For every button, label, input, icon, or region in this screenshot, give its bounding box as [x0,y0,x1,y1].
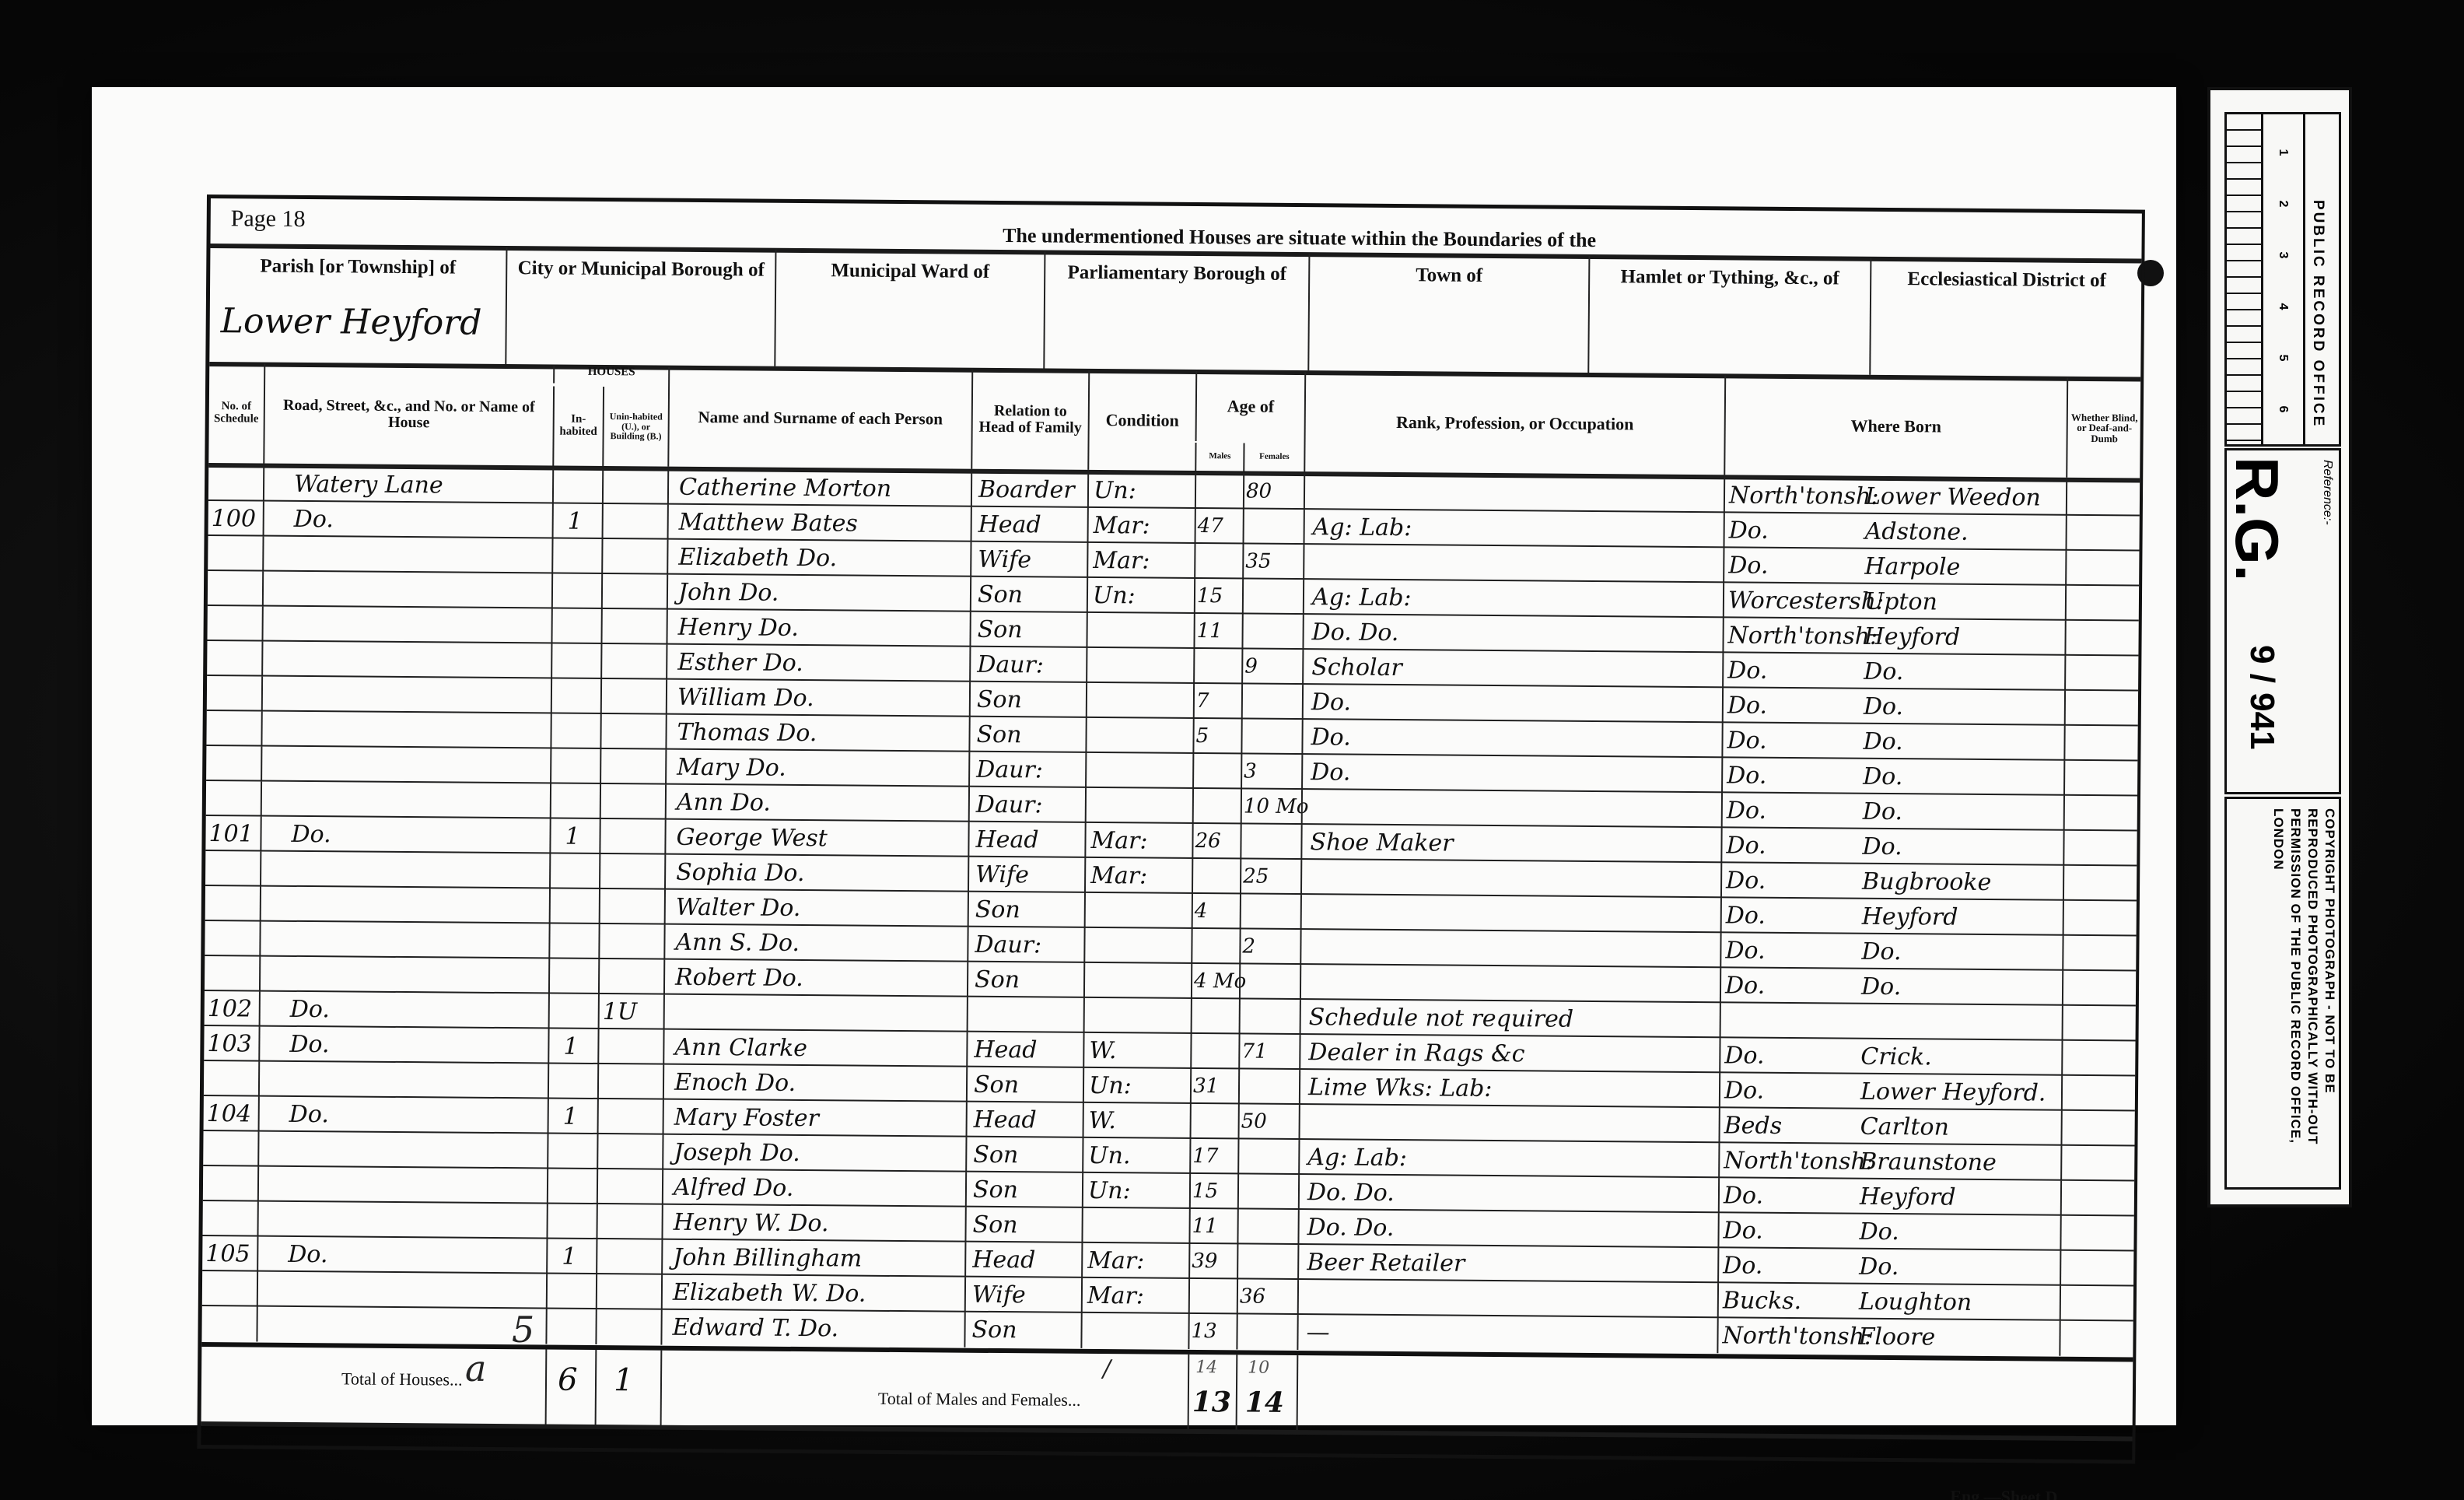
cell-relation: Head [975,822,1080,858]
cell-male-age [1196,649,1241,684]
cell-born-county: Do. [1723,1248,1855,1284]
cell-schedule: 104 [207,1096,254,1131]
cell-name: Edward T. Do. [672,1310,960,1348]
cell-born-place: Lower Heyford. [1860,1074,2059,1111]
cell-occupation: Do. Do. [1311,615,1716,653]
cell-name: Elizabeth Do. [678,540,966,577]
cell-male-age [1192,1279,1237,1314]
cell-born-county: Do. [1726,828,1858,864]
total-houses-label: Total of Houses... [341,1369,463,1388]
reference-code: R.G. [2221,457,2292,581]
cell-occupation: Ag: Lab: [1312,580,1717,618]
cell-road [291,852,540,889]
cell-born-place: Adstone. [1864,514,2063,551]
cell-born-place: Do. [1859,1249,2057,1286]
cell-female-age: 36 [1240,1279,1296,1315]
cell-uninhabited: 1U [603,994,657,1030]
cell-female-age [1243,894,1299,930]
cell-inhabited [566,679,597,714]
cell-male-age: 5 [1195,719,1241,754]
cell-occupation: Do. [1311,720,1715,758]
total-females: 14 [1245,1386,1284,1419]
cell-female-age [1241,1069,1297,1105]
cell-schedule [206,1131,253,1166]
cell-road [289,1167,537,1204]
cell-relation: Head [974,1032,1079,1068]
cell-condition: W. [1089,1033,1186,1069]
cell-condition [1087,1208,1185,1244]
total-uninhabited: 1 [614,1362,634,1398]
cell-male-age: 17 [1192,1139,1237,1174]
cell-condition: Mar: [1094,508,1191,544]
cell-uninhabited [602,1064,656,1100]
record-office-ruler: 123456 PUBLIC RECORD OFFICE Reference:- … [2207,87,2352,1207]
admin-boundaries-row: Parish [or Township] of Lower Heyford Ci… [209,245,2141,377]
cell-condition [1092,683,1189,719]
reference-box: Reference:- R.G. 9 / 941 [2224,448,2341,794]
cell-male-age: 15 [1192,1174,1237,1209]
cell-occupation: Do. Do. [1307,1210,1711,1248]
cell-female-age: 80 [1246,475,1302,510]
cell-male-age: 15 [1197,579,1242,614]
cell-occupation [1308,1105,1713,1143]
cell-inhabited [563,1064,594,1099]
cell-relation: Head [974,1102,1079,1138]
cell-uninhabited [606,539,660,575]
cell-occupation: — [1306,1315,1710,1353]
cell-road [290,957,539,994]
cell-condition: Mar: [1093,543,1190,579]
cell-female-age: 25 [1243,859,1299,895]
cell-name [675,995,963,1032]
cell-relation: Daur: [976,752,1081,788]
cell-schedule: 101 [208,816,255,851]
cell-female-age [1239,1314,1295,1350]
cell-male-age [1193,1104,1238,1139]
cell-female-age [1240,1209,1296,1245]
cell-male-age [1194,929,1239,964]
cell-born-place: Do. [1861,934,2060,971]
cell-male-age [1195,789,1241,824]
cell-road [292,642,541,679]
cell-relation: Son [977,612,1082,648]
cell-road [293,572,542,609]
cell-male-age: 4 [1195,894,1240,929]
cell-female-age [1246,510,1302,545]
col-males: Males [1195,443,1243,471]
cell-inhabited [564,924,595,959]
cell-male-age: 11 [1192,1209,1237,1244]
col-occupation: Rank, Profession, or Occupation [1304,372,1724,475]
cell-relation: Son [975,892,1080,928]
cell-occupation: Schedule not required [1309,1000,1713,1038]
cell-born-place [1861,1004,2060,1041]
cell-condition: Un. [1088,1138,1185,1174]
col-females: Females [1243,443,1304,471]
cell-schedule: 100 [212,501,258,536]
cell-condition [1091,788,1188,824]
cell-occupation [1310,895,1714,933]
cell-occupation [1310,860,1714,898]
cell-condition: Mar: [1090,858,1188,894]
cell-female-age: 2 [1242,929,1298,965]
cell-occupation: Ag: Lab: [1307,1140,1712,1178]
cell-condition: Mar: [1087,1278,1185,1314]
cell-road [289,1132,537,1169]
cell-condition: Un: [1094,473,1191,509]
cell-condition: W. [1089,1103,1186,1139]
cell-female-age: 9 [1244,649,1300,685]
cell-uninhabited [607,504,661,540]
cell-road: Do. [290,992,539,1029]
cell-condition [1090,963,1187,999]
cell-born-county: North'tonsh: [1727,618,1860,654]
cell-uninhabited [602,1029,656,1065]
cell-condition: Mar: [1087,1243,1185,1279]
cell-relation: Son [973,1137,1078,1173]
cell-female-age [1243,824,1299,860]
cell-occupation: Do. [1311,685,1716,723]
col-schedule: No. of Schedule [208,363,264,464]
cell-female-age [1245,580,1301,615]
cell-occupation [1309,930,1713,968]
cell-uninhabited [604,819,658,855]
total-inhabited: 6 [558,1362,578,1398]
cell-occupation: Dealer in Rags &c [1308,1035,1713,1073]
cell-inhabited [565,854,596,889]
copyright-notice: COPYRIGHT PHOTOGRAPH - NOT TO BE REPRODU… [2270,808,2338,1174]
cell-born-county: Do. [1727,723,1859,759]
cell-born-county: Do. [1727,688,1860,724]
cell-relation: Son [972,1207,1077,1243]
ecclesiastical-field: Ecclesiastical District of [1869,258,2142,377]
cell-female-age [1244,684,1300,720]
cell-inhabited [564,994,595,1029]
cell-name: Alfred Do. [674,1170,961,1207]
cell-inhabited: 1 [563,1029,594,1064]
cell-born-county: Do. [1728,513,1860,548]
cell-born-county: Do. [1727,793,1859,829]
cell-name: Walter Do. [676,890,964,927]
cell-inhabited [565,749,597,784]
cell-born-place: Floore [1858,1320,2056,1356]
cell-schedule: 102 [208,991,254,1026]
cell-road: Do. [294,502,543,539]
cell-occupation: Beer Retailer [1307,1245,1711,1283]
cell-condition [1087,1313,1184,1349]
cell-inhabited [564,959,595,994]
ruler-number: 1 [2276,135,2290,170]
cell-name: Matthew Bates [679,505,967,542]
cell-born-county: Do. [1724,1073,1857,1109]
cell-uninhabited [604,889,658,925]
cell-uninhabited [600,1239,655,1275]
cell-female-age [1242,964,1298,1000]
cell-name: John Do. [678,575,966,612]
cell-male-age: 26 [1195,824,1240,859]
cell-schedule [206,1166,253,1201]
cell-born-place: Do. [1863,759,2061,796]
cell-female-age [1244,719,1300,755]
col-road: Road, Street, &c., and No. or Name of Ho… [263,364,553,466]
cell-road: Watery Lane [294,467,543,504]
cell-schedule [211,536,257,571]
cell-uninhabited [601,1134,656,1170]
cell-born-county: North'tonsh: [1729,478,1861,513]
cell-schedule [210,641,257,676]
cell-occupation: Do. Do. [1307,1175,1712,1213]
census-page: Page 18 The undermentioned Houses are si… [92,87,2176,1425]
cell-uninhabited [600,1274,655,1310]
cell-condition [1092,648,1189,684]
cell-born-county: Do. [1724,1178,1856,1214]
cell-born-county: Do. [1725,968,1857,1004]
boundaries-title: The undermentioned Houses are situate wi… [911,224,1689,251]
cell-condition [1091,753,1188,789]
cell-inhabited [562,1169,593,1204]
cell-uninhabited [605,609,660,645]
cell-born-county: Do. [1726,863,1858,899]
cell-inhabited [561,1309,592,1344]
cell-born-county: North'tonsh: [1722,1318,1854,1354]
cell-condition: Mar: [1090,823,1188,859]
cell-relation: Son [974,1067,1079,1103]
cell-inhabited [565,889,596,924]
cell-born-place: Bugbrooke [1862,864,2060,901]
cell-occupation: Scholar [1311,650,1716,688]
cell-uninhabited [605,679,660,715]
cell-relation: Son [975,962,1080,998]
cell-female-age [1242,999,1298,1035]
cell-road [288,1272,537,1309]
cell-road [293,537,542,574]
cell-born-place: Do. [1862,829,2060,866]
cell-inhabited [568,469,599,504]
cell-road [292,677,541,714]
ruler-number: 2 [2276,187,2290,221]
cell-relation: Wife [978,542,1083,578]
cell-relation: Boarder [978,472,1083,508]
col-uninhabited: Unin-habited (U.), or Building (B.) [602,387,668,467]
cell-born-county: Beds [1724,1108,1856,1144]
cell-born-county: Do. [1724,1038,1857,1074]
cell-condition [1090,893,1188,929]
cell-schedule [210,676,257,711]
cell-schedule [209,746,256,781]
cell-name: Ann Do. [677,785,964,822]
cell-road: Do. [289,1097,538,1134]
ward-field: Municipal Ward of [774,250,1044,369]
cell-born-place: Braunstone [1860,1144,2058,1181]
cell-male-age: 13 [1191,1314,1236,1349]
cell-schedule [211,571,257,606]
cell-born-place: Heyford [1862,899,2060,936]
cell-born-place: Heyford [1860,1179,2058,1216]
cell-road [292,747,541,784]
cell-road: Do. [288,1237,537,1274]
cell-born-county: Do. [1726,898,1858,934]
cell-relation: Daur: [977,647,1082,683]
cell-inhabited [565,714,597,749]
cell-inhabited: 1 [565,819,596,854]
cell-occupation [1307,1280,1711,1318]
cell-name: Elizabeth W. Do. [673,1275,961,1312]
cell-born-place: Do. [1861,969,2060,1006]
cell-schedule [208,851,255,886]
ruler-scale: 123456 PUBLIC RECORD OFFICE [2224,112,2341,447]
col-condition: Condition [1087,370,1195,471]
cell-male-age: 11 [1196,614,1241,649]
cell-condition: Un: [1093,578,1190,614]
cell-relation: Wife [972,1277,1077,1313]
cell-born-county: Worcestersh: [1728,583,1860,619]
cell-name: Mary Foster [674,1100,962,1137]
cell-inhabited [562,1274,593,1309]
ruler-number: 3 [2276,238,2290,272]
cell-schedule [205,1271,252,1306]
cell-born-place: Upton [1864,584,2063,621]
cell-female-age [1244,615,1300,650]
cell-name: Mary Do. [677,750,964,787]
cell-condition: Un: [1088,1173,1185,1209]
cell-name: Thomas Do. [677,715,964,752]
cell-inhabited: 1 [563,1099,594,1134]
copyright-box: COPYRIGHT PHOTOGRAPH - NOT TO BE REPRODU… [2224,797,2341,1190]
ruler-ticks [2227,114,2263,444]
ruler-number: 5 [2276,341,2290,375]
cell-name: Henry W. Do. [673,1205,961,1242]
col-inhabited: In-habited [552,387,603,466]
cell-born-place: Do. [1863,724,2061,761]
cell-born-place: Loughton [1859,1284,2057,1321]
cell-born-place: Crick. [1860,1039,2059,1076]
cell-name: Sophia Do. [676,855,964,892]
cell-name: Ann Clarke [674,1030,962,1067]
cell-female-age [1240,1244,1296,1280]
cell-relation: Son [976,717,1081,753]
reference-piece: 9 / 941 [2242,645,2281,750]
cell-name: Robert Do. [675,960,963,997]
cell-female-age: 3 [1244,754,1300,790]
cell-schedule [209,781,256,816]
cell-road [292,782,541,819]
cell-schedule: 103 [207,1026,254,1061]
cell-male-age [1193,1034,1238,1069]
parish-value: Lower Heyford [221,301,482,343]
cell-born-county: Bucks. [1723,1283,1855,1319]
cell-male-age: 4 Mo [1194,964,1239,999]
cell-road [289,1062,538,1099]
table-header: No. of Schedule Road, Street, &c., and N… [208,363,2140,478]
cell-relation: Son [971,1312,1076,1348]
cell-male-age: 7 [1196,684,1241,719]
cell-name: Henry Do. [677,610,965,647]
col-blind: Whether Blind, or Deaf-and-Dumb [2066,378,2141,478]
cell-occupation: Ag: Lab: [1313,510,1717,548]
page-number: Page 18 [231,206,306,231]
cell-road [287,1307,536,1344]
cell-inhabited [567,539,598,574]
cell-female-age: 50 [1241,1104,1297,1140]
cell-road: Do. [289,1027,538,1064]
stray-mark-a: a [465,1348,486,1390]
cell-uninhabited [604,784,659,820]
cell-name: Joseph Do. [674,1135,961,1172]
parliamentary-field: Parliamentary Borough of [1043,251,1308,370]
cell-relation: Son [977,682,1082,718]
cell-male-age [1198,474,1243,509]
cell-inhabited [562,1204,593,1239]
total-males: 13 [1192,1386,1231,1418]
cell-schedule [208,921,254,956]
cell-name: Enoch Do. [674,1065,962,1102]
cell-occupation: Lime Wks: Lab: [1308,1070,1713,1108]
cell-male-age [1195,754,1241,789]
cell-born-county [1725,1003,1857,1039]
cell-born-place: Do. [1859,1214,2057,1251]
cell-occupation: Shoe Maker [1310,825,1714,863]
cell-male-age: 31 [1193,1069,1238,1104]
cell-inhabited [566,644,597,679]
hamlet-field: Hamlet or Tything, &c., of [1587,256,1870,375]
cell-road [292,712,541,749]
cell-condition [1092,613,1189,649]
cell-uninhabited [602,1099,656,1135]
cell-occupation [1309,965,1713,1003]
census-sheet: Page 18 The undermentioned Houses are si… [197,195,2145,1464]
ruler-number: 4 [2276,289,2290,324]
cell-born-county: North'tonsh: [1724,1143,1856,1179]
cell-name: Catherine Morton [679,470,967,507]
cell-inhabited [566,609,597,644]
cell-uninhabited [600,1309,654,1345]
cell-born-county: Do. [1728,548,1860,584]
cell-schedule: 105 [205,1236,252,1271]
cell-male-age: 47 [1198,509,1243,544]
cell-uninhabited [601,1169,656,1205]
col-houses: HOUSES [553,366,668,384]
cell-born-place: Do. [1864,689,2062,726]
cell-male-age [1195,859,1240,894]
cell-relation: Wife [975,857,1080,893]
cell-uninhabited [604,749,659,785]
borough-field: City or Municipal Borough of [505,247,775,366]
cell-male-age: 39 [1192,1244,1237,1279]
cell-inhabited: 1 [562,1239,593,1274]
cell-road: Do. [291,817,540,854]
cell-born-place: Do. [1863,794,2061,831]
cell-inhabited [565,784,597,819]
parish-field: Parish [or Township] of Lower Heyford [209,245,506,364]
cell-female-age: 35 [1245,545,1301,580]
cell-born-place: Heyford [1864,619,2062,656]
col-relation: Relation to Head of Family [971,370,1088,470]
cell-uninhabited [607,469,661,505]
cell-male-age [1194,999,1239,1034]
ruler-number: 6 [2276,392,2290,426]
cell-occupation [1311,790,1715,828]
stray-mark-5: 5 [512,1309,534,1351]
cell-condition [1091,718,1188,754]
cell-name: Esther Do. [677,645,965,682]
cell-born-place: Do. [1864,654,2062,691]
cell-female-age: 71 [1241,1034,1297,1070]
cell-relation: Son [978,577,1083,613]
cell-relation: Head [972,1242,1077,1278]
cell-schedule [210,606,257,641]
cell-born-county: Do. [1727,653,1860,689]
cell-road [292,607,541,644]
